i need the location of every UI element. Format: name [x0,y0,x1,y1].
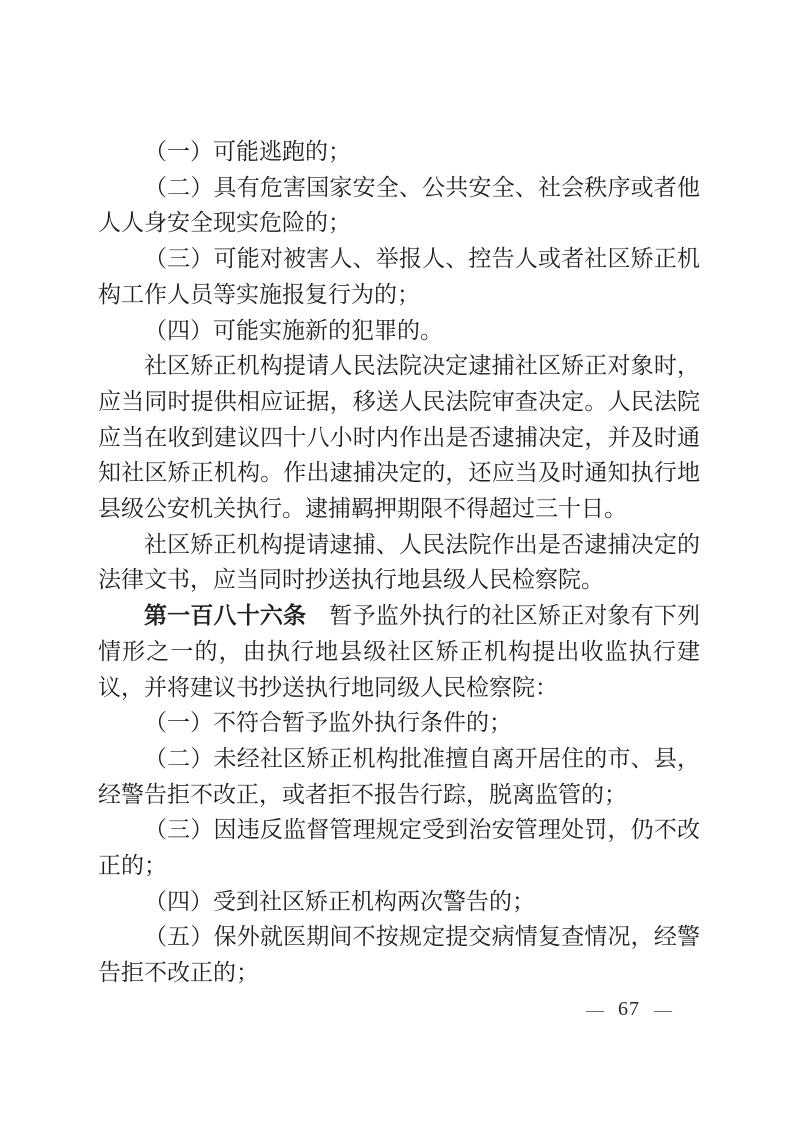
page-footer: — 67 — [586,998,672,1021]
revoke-item-5: （五）保外就医期间不按规定提交病情复查情况，经警告拒不改正的； [98,919,700,990]
revoke-item-2: （二）未经社区矫正机构批准擅自离开居住的市、县，经警告拒不改正，或者拒不报告行踪… [98,741,700,812]
list-item-2: （二）具有危害国家安全、公共安全、社会秩序或者他人人身安全现实危险的； [98,170,700,241]
revoke-item-3: （三）因违反监督管理规定受到治安管理处罚，仍不改正的； [98,812,700,883]
footer-dash-right: — [654,1000,672,1020]
list-item-3: （三）可能对被害人、举报人、控告人或者社区矫正机构工作人员等实施报复行为的； [98,241,700,312]
document-body: （一）可能逃跑的； （二）具有危害国家安全、公共安全、社会秩序或者他人人身安全现… [98,134,700,991]
document-page: （一）可能逃跑的； （二）具有危害国家安全、公共安全、社会秩序或者他人人身安全现… [0,0,794,1122]
list-item-1: （一）可能逃跑的； [98,134,700,170]
revoke-item-1: （一）不符合暂予监外执行条件的； [98,705,700,741]
article-186-paragraph: 第一百八十六条 暂予监外执行的社区矫正对象有下列情形之一的，由执行地县级社区矫正… [98,598,700,705]
footer-dash-left: — [586,1000,604,1020]
page-number: 67 [618,998,640,1021]
paragraph-arrest-documents: 社区矫正机构提请逮捕、人民法院作出是否逮捕决定的法律文书，应当同时抄送执行地县级… [98,527,700,598]
article-number: 第一百八十六条 [144,603,306,628]
revoke-item-4: （四）受到社区矫正机构两次警告的； [98,884,700,920]
list-item-4: （四）可能实施新的犯罪的。 [98,313,700,349]
paragraph-arrest-procedure: 社区矫正机构提请人民法院决定逮捕社区矫正对象时，应当同时提供相应证据，移送人民法… [98,348,700,527]
